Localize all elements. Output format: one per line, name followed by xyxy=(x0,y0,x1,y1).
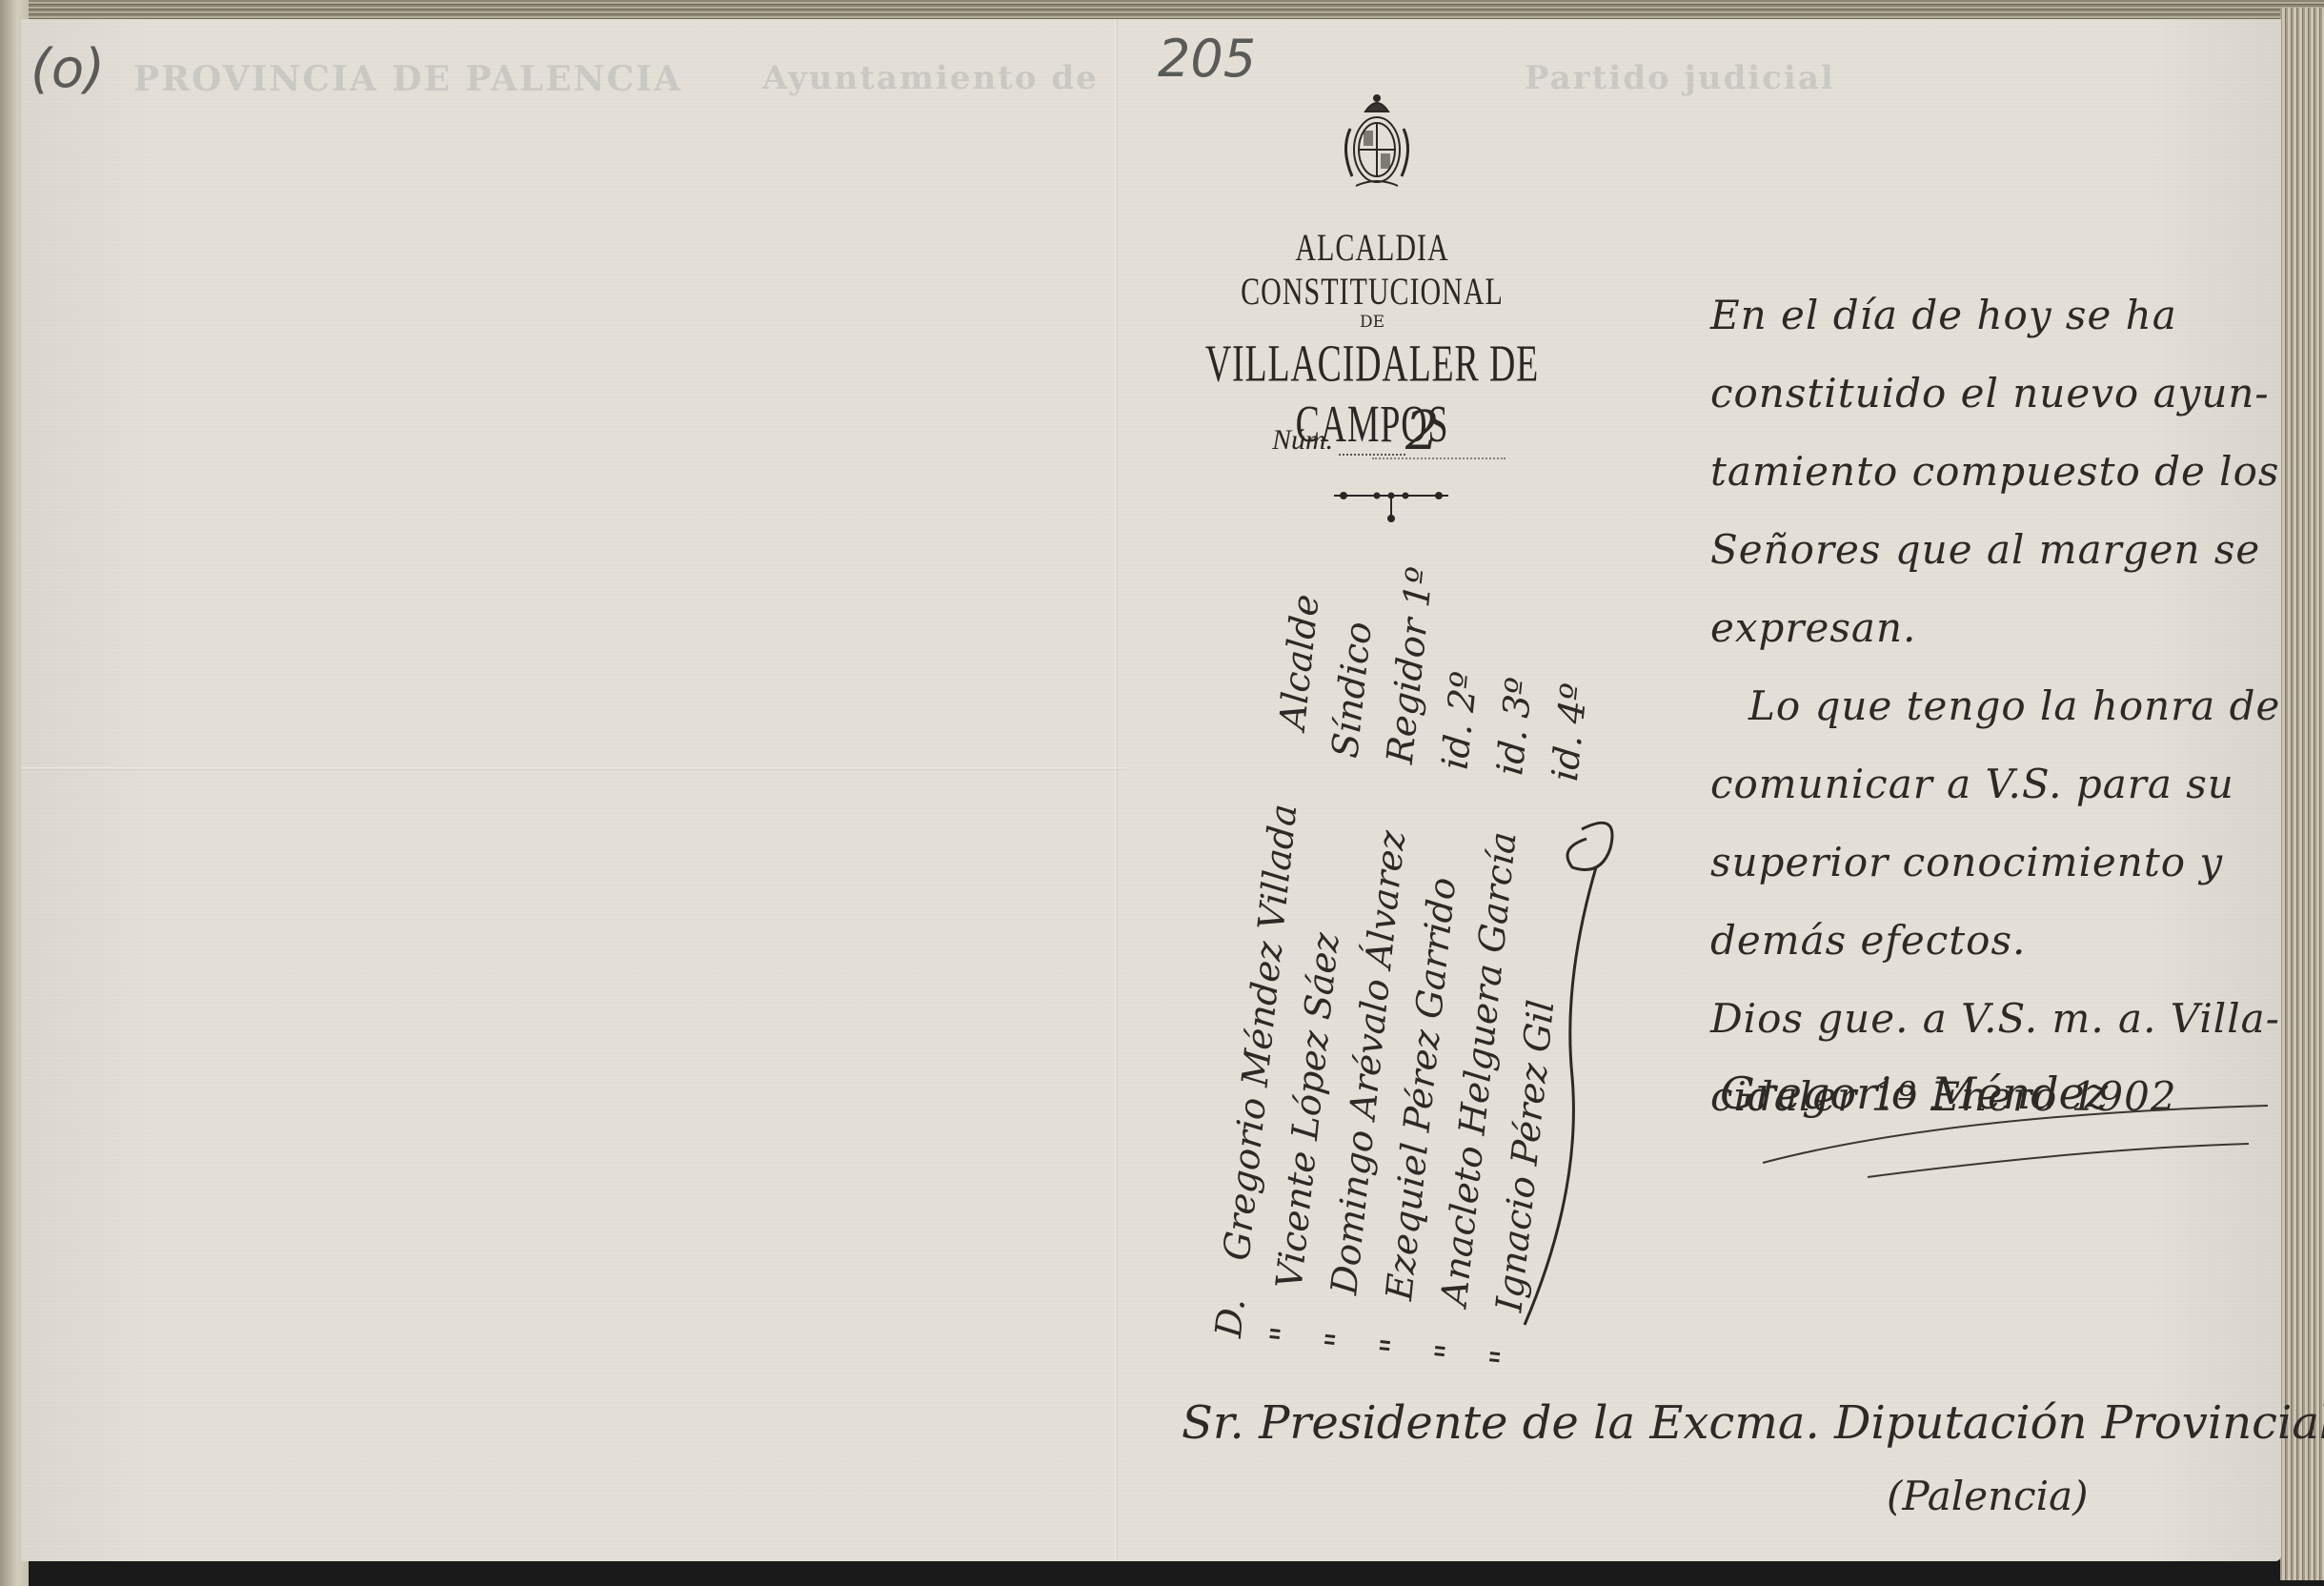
signature-flourish-icon xyxy=(1753,1096,2287,1182)
letterhead: ALCALDIA CONSTITUCIONAL DE VILLACIDALER … xyxy=(1172,238,1572,456)
addressee-city: (Palencia) xyxy=(1887,1473,2089,1519)
letter-line: Dios gue. a V.S. m. a. Villa- xyxy=(1710,980,2244,1058)
official-role: id. 2º xyxy=(1434,616,1491,772)
addressee-line: Sr. Presidente de la Excma. Diputación P… xyxy=(1182,1396,2324,1450)
document-number: 2 xyxy=(1405,400,1440,462)
official-role: Regidor 1º xyxy=(1379,610,1436,766)
letter-line: superior conocimiento y xyxy=(1710,823,2244,902)
letter-line: Lo que tengo la honra de xyxy=(1710,667,2244,745)
official-role: id. 4º xyxy=(1544,627,1601,783)
showthrough-partido: Partido judicial xyxy=(1525,59,1835,97)
official-role: Síndico xyxy=(1324,604,1381,761)
letter-line: En el día de hoy se ha xyxy=(1710,276,2244,355)
number-label: Núm. xyxy=(1272,424,1333,457)
letter-line: tamiento compuesto de los xyxy=(1710,433,2244,511)
scanned-book-spread: PROVINCIA DE PALENCIA Ayuntamiento de Pa… xyxy=(0,0,2324,1586)
letter-line: Señores que al margen se xyxy=(1710,511,2244,589)
horizontal-fold-line xyxy=(21,767,1126,770)
coat-of-arms-icon xyxy=(1329,91,1425,205)
letter-line: constituido el nuevo ayun- xyxy=(1710,355,2244,433)
letter-line: demás efectos. xyxy=(1710,902,2244,980)
showthrough-province-header: PROVINCIA DE PALENCIA xyxy=(133,59,682,99)
letter-line: expresan. xyxy=(1710,589,2244,667)
showthrough-ayuntamiento: Ayuntamiento de xyxy=(762,59,1099,97)
letter-body: En el día de hoy se ha constituido el nu… xyxy=(1710,276,2244,1136)
official-role: Alcalde xyxy=(1271,576,1328,732)
ornament-divider-icon xyxy=(1329,486,1453,524)
letterhead-de: DE xyxy=(1172,313,1572,332)
official-role: id. 3º xyxy=(1488,621,1546,778)
official-prefix: D. xyxy=(1207,1296,1253,1340)
letter-line: comunicar a V.S. para su xyxy=(1710,745,2244,823)
top-page-edges xyxy=(19,0,2324,21)
letterhead-title: ALCALDIA CONSTITUCIONAL xyxy=(1172,227,1572,315)
pencil-folio-number: 205 xyxy=(1158,29,1256,89)
pencil-margin-number-left: (o) xyxy=(30,38,105,100)
right-page-stack xyxy=(2280,8,2324,1580)
vertical-fold-line xyxy=(1115,19,1118,1561)
bracket-flourish-icon xyxy=(1506,791,1629,1334)
letterhead-town: VILLACIDALER DE CAMPOS xyxy=(1200,333,1544,455)
